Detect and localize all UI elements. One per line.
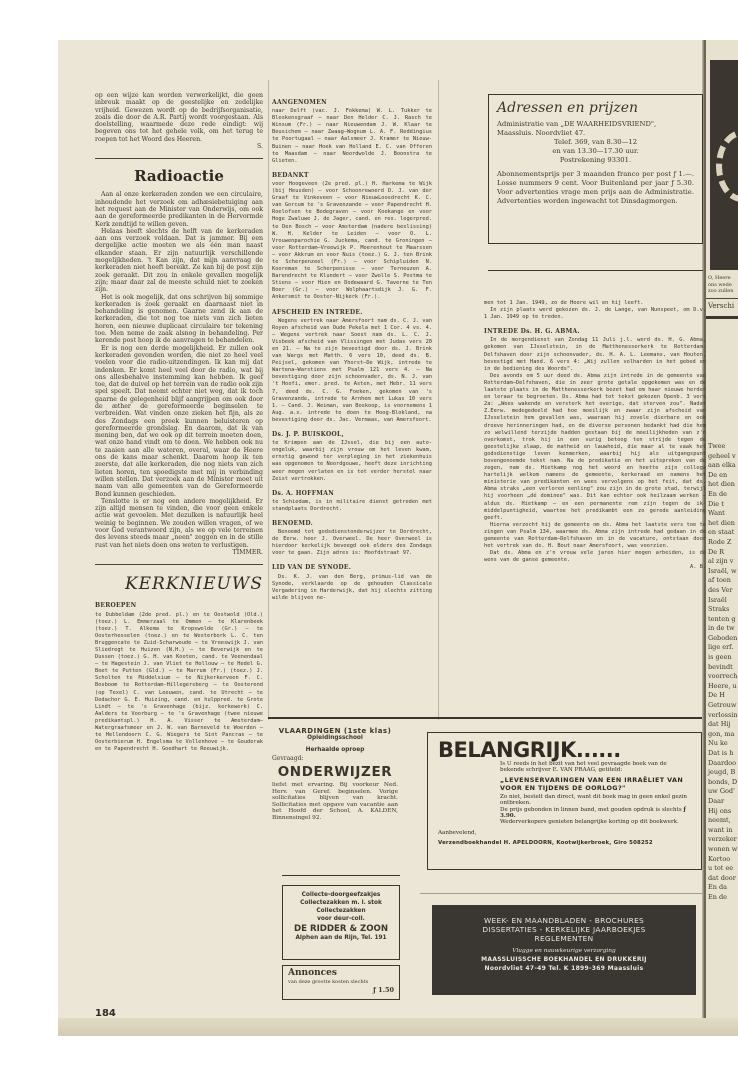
ad-intro: Is U reeds in het bezit van het veel gev… (500, 761, 691, 774)
right-heading: Verschi (708, 302, 734, 312)
ad-line: Collectezakken (283, 907, 399, 915)
radioactie-paragraph: Er is nog een derde mogelijkheid. Er zul… (95, 345, 263, 498)
right-text-line: Nu ke (708, 739, 738, 749)
ad-address: Noordvliet 47-49 Tel. K 1899-369 Maasslu… (432, 965, 696, 972)
ad-company: MAASSLUISSCHE BOEKHANDEL EN DRUKKERIJ (432, 956, 696, 963)
right-text-line: is geen (708, 653, 738, 663)
ad-headline: BELANGRIJK...... (438, 739, 691, 761)
right-text-line: Daardoo (708, 759, 738, 769)
right-text-line: Straks (708, 605, 738, 615)
right-text-line: verlossin (708, 711, 738, 721)
divider (95, 158, 263, 159)
kerknieuws-title: KERKNIEUWS (95, 573, 263, 595)
book-title: „LEVENSERVARINGEN VAN EEN IRRAËLIET VAN … (500, 776, 691, 792)
ad-line: Collecte-doorgeefzakjes (283, 891, 399, 899)
right-text-line: Heere, u (708, 682, 738, 692)
section-text: te Schiedam, is in militaire dienst getr… (272, 499, 432, 513)
divider (420, 893, 702, 894)
ad-recommended: Aanbevelend, (438, 830, 691, 836)
divider (488, 270, 703, 271)
hours-line: en van 13.30—17.30 uur. (497, 147, 694, 156)
intro-paragraph: op een wijze kan worden verwerkelijkt, d… (95, 92, 263, 143)
prices-text: Abonnementsprijs per 3 maanden franco pe… (497, 170, 694, 206)
radioactie-signature: TIMMER. (95, 549, 263, 556)
right-text-line: aan elka (708, 461, 738, 471)
ad-headline: ONDERWIJZER (272, 764, 398, 780)
right-text-line: al zijn v (708, 557, 738, 567)
right-text-line: lige erf. (708, 643, 738, 653)
section-heading: LID VAN DE SYNODE. (272, 564, 432, 571)
ad-text: De prijs gebonden in linnen band, met go… (500, 807, 682, 813)
column-2: AANGENOMEN naar Delft (vac. J. Fokkema) … (272, 92, 432, 602)
ad-title: Annonces (288, 968, 394, 979)
belangrijk-ad: BELANGRIJK...... Is U reeds in het bezit… (427, 732, 702, 870)
right-caption: O, Heere ons wede zoo zullen (708, 275, 733, 295)
right-text-line: wonen w (708, 845, 738, 855)
radioactie-paragraph: Het is ook mogelijk, dat ons schrijven b… (95, 294, 263, 345)
section-text: voor Hoogeveen (2e pred. pl.) H. Harkema… (272, 181, 432, 302)
right-text-line: dat Hij (708, 720, 738, 730)
intrede-paragraph: Des avonds om 5 uur deed ds. Abma zijn i… (484, 373, 706, 522)
right-text-line: En de (708, 490, 738, 500)
section-text: Ds. K. J. van den Berg, primus-lid van d… (272, 574, 432, 602)
right-text-line: geheel v (708, 452, 738, 462)
ad-line: Collectezakken m. l. stok (283, 899, 399, 907)
page-bottom-edge (58, 1018, 738, 1036)
drukkerij-ad: WEEK- EN MAANDBLADEN - BROCHURES DISSERT… (432, 905, 696, 995)
right-text-line: De H (708, 691, 738, 701)
postal-account-line: Postrekening 93301. (497, 156, 694, 165)
ads-top-rule (268, 717, 702, 719)
address-prices-box: Adressen en prijzen Administratie van „D… (488, 94, 703, 244)
address-box-title: Adressen en prijzen (497, 100, 694, 116)
right-text-line: De R (708, 548, 738, 558)
right-text-line: verzeker (708, 835, 738, 845)
right-text-line: jeugd, B (708, 768, 738, 778)
ad-address: Alphen aan de Rijn, Tel. 191 (283, 934, 399, 942)
ad-subtitle: van deze grootte kosten slechts (288, 979, 394, 986)
section-heading: BEDANKT (272, 172, 432, 179)
decorative-illustration (710, 60, 738, 270)
section-text: Wegens vertrek naar Amersfoort nam ds. C… (272, 318, 432, 424)
right-text-line: tenten g (708, 615, 738, 625)
right-text-line: Die t (708, 500, 738, 510)
section-heading: AANGENOMEN (272, 99, 432, 106)
beroepen-heading: BEROEPEN (95, 602, 263, 609)
right-text-line: des Ver (708, 586, 738, 596)
right-text-line: dat door (708, 874, 738, 884)
right-text-line: Getrouw (708, 701, 738, 711)
section-text: te Krimpen aan de IJssel, die bij een au… (272, 440, 432, 483)
right-text-line: Geboden (708, 634, 738, 644)
right-text-line: Daar (708, 797, 738, 807)
ad-line: DISSERTATIES - KERKELIJKE JAARBOEKJES (432, 925, 696, 934)
right-text-line: af toen (708, 576, 738, 586)
right-text-line: want in (708, 826, 738, 836)
ad-price: ƒ 1.50 (288, 986, 394, 994)
address-line: Administratie van „DE WAARHEIDSVRIEND", … (497, 120, 694, 138)
right-newspaper-page-fragment: O, Heere ons wede zoo zullen Verschi Twe… (706, 40, 738, 1035)
intrede-paragraph: In de morgendienst van Zondag 11 Juli j.… (484, 337, 706, 372)
right-text-line: En de (708, 893, 738, 903)
de-ridder-ad: Collecte-doorgeefzakjes Collectezakken m… (282, 885, 400, 960)
continuation-text: men tot 1 Jan. 1949, zo de Heere wil en … (484, 300, 706, 307)
radioactie-paragraph: Helaas heeft slechts de helft van de ker… (95, 228, 263, 294)
ad-line: VLAARDINGEN (1ste klas) (272, 727, 398, 735)
divider (282, 875, 400, 876)
right-text-line: Twee (708, 442, 738, 452)
ad-line: Opleidingsschool (272, 735, 398, 741)
right-text-line: Rode Z (708, 538, 738, 548)
ad-line: REGLEMENTEN (432, 934, 696, 943)
right-text-line: gon, ma (708, 730, 738, 740)
intrede-signature: A. B. (484, 564, 706, 571)
ad-company: DE RIDDER & ZOON (283, 924, 399, 934)
ad-line: WEEK- EN MAANDBLADEN - BROCHURES (432, 916, 696, 925)
ad-line: Herhaalde oproep (272, 747, 398, 753)
ad-seller: Verzendboekhandel H. APELDOORN, Kootwijk… (438, 840, 691, 846)
column-divider (438, 80, 439, 720)
ad-line: voor deur-coll. (283, 915, 399, 923)
right-text-line: het dien (708, 519, 738, 529)
phone-line: Telef. 369, van 8.30—12 (497, 138, 694, 147)
section-heading: Ds. J. P. BUISKOOL, (272, 431, 432, 438)
section-heading: Ds. A. HOFFMAN (272, 490, 432, 497)
right-text-line: Kortoo (708, 855, 738, 865)
section-text: naar Delft (vac. J. Fokkema) W. L. Tukke… (272, 108, 432, 165)
annonces-ad: Annonces van deze grootte kosten slechts… (282, 965, 400, 1000)
intrede-heading: INTREDE Ds. H. G. ABMA. (484, 328, 706, 335)
ad-tagline: Vlugge en nauwkeurige verzorging (432, 948, 696, 954)
right-text-line: Israël (708, 596, 738, 606)
right-text-lines: Tweegeheel vaan elkaDe enhet dienEn deDi… (708, 442, 738, 903)
right-text-line: De en (708, 471, 738, 481)
divider (95, 564, 263, 565)
intrede-paragraph: Hierna verzocht hij de gemeente om ds. A… (484, 522, 706, 550)
column-3: men tot 1 Jan. 1949, zo de Heere wil en … (484, 300, 706, 571)
right-text-line: neemt, (708, 816, 738, 826)
section-heading: AFSCHEID EN INTREDE. (272, 309, 432, 316)
vlaardingen-ad: VLAARDINGEN (1ste klas) Opleidingsschool… (272, 727, 398, 822)
right-text-line: en staat (708, 528, 738, 538)
right-text-line: u tot ee (708, 864, 738, 874)
continuation-text: In zijn plaats werd gekozen ds. J. de La… (484, 307, 706, 321)
ad-body: liefst met ervaring. Bij voorkeur Ned. H… (272, 782, 398, 822)
section-text: Benoemd tot godsdienstonderwijzer te Dor… (272, 529, 432, 557)
column-1: op een wijze kan worden verwerkelijkt, d… (95, 92, 263, 753)
column-divider (268, 80, 269, 720)
section-heading: BENOEMD. (272, 520, 432, 527)
right-text-line: Dat is h (708, 749, 738, 759)
right-text-line: uw God' (708, 787, 738, 797)
intro-signature: S. (95, 143, 263, 150)
ad-line: Gevraagd: (272, 755, 398, 762)
radioactie-paragraph: Tenslotte is er nog een andere mogelijkh… (95, 498, 263, 549)
right-text-line: En da (708, 883, 738, 893)
right-text-line: voorrech (708, 672, 738, 682)
right-text-line: bonds, D (708, 778, 738, 788)
radioactie-paragraph: Aan al onze kerkeraden zonden we een cir… (95, 191, 263, 227)
right-text-line: Hij ons (708, 807, 738, 817)
right-text-line: het dien (708, 480, 738, 490)
ad-text: Zo niet, bestelt dan direct, want dit bo… (500, 794, 691, 807)
right-text-line: Israël, w (708, 567, 738, 577)
beroepen-text: te Dubbeldam (2de pred. pl.) en te Oostw… (95, 612, 263, 754)
right-text-line: bevindt (708, 663, 738, 673)
right-text-line: Want (708, 509, 738, 519)
right-text-line: in de tw (708, 624, 738, 634)
ad-text: Wederverkopers genieten belangrijke kort… (500, 819, 691, 825)
intrede-paragraph: Dat ds. Abma en z'n vrouw vele jaren hie… (484, 550, 706, 564)
radioactie-title: Radioactie (95, 167, 263, 185)
